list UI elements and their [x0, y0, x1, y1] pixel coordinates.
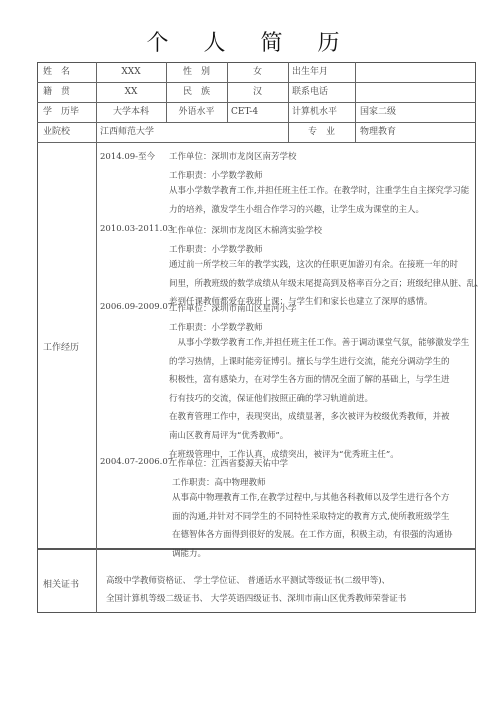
- description-line: 调能力。: [172, 545, 490, 564]
- description-line: 从事高中物理教育工作,在教学过程中,与其他各科教师以及学生进行各个方: [172, 489, 490, 508]
- phone-label: 联系电话: [292, 82, 328, 102]
- school-label: 业院校: [43, 122, 70, 142]
- work-period: 2006.09-2009.07: [100, 302, 173, 312]
- description-line: 在教育管理工作中，表现突出，成绩显著，多次被评为校级优秀教师，并被: [169, 408, 487, 427]
- work-period: 2014.09-至今: [100, 150, 155, 162]
- gender-label: 性 别: [166, 62, 227, 82]
- name-value: XXX: [96, 62, 166, 82]
- work-role: 工作职责：小学数学教师: [169, 243, 263, 255]
- description-line: 行有技巧的交流，保证他们按照正确的学习轨道前进。: [169, 390, 487, 409]
- gender-value: 女: [227, 62, 288, 82]
- work-unit: 工作单位：深圳市龙岗区南芳学校: [169, 150, 297, 162]
- language-label: 外语水平: [166, 102, 227, 122]
- description-line: 南山区教育局评为“优秀教师”。: [169, 427, 487, 446]
- divider: [37, 142, 476, 143]
- major-label: 专 业: [288, 122, 355, 142]
- work-role: 工作职责：小学数学教师: [169, 321, 263, 333]
- ethnicity-label: 民 族: [166, 82, 227, 102]
- computer-value: 国家二级: [360, 102, 396, 122]
- ethnicity-value: 汉: [227, 82, 288, 102]
- description-line: 间里，所教班级的数学成绩从年级末尾提高到及格率百分之百；班级纪律从脏、乱、: [169, 275, 487, 294]
- work-role: 工作职责：高中物理教师: [172, 476, 266, 488]
- description-line: 面的沟通,并针对不同学生的不同特性采取特定的教育方式,使所教班级学生: [172, 508, 490, 527]
- work-unit: 工作单位：深圳市龙岗区木棉湾实验学校: [169, 224, 322, 236]
- work-description: 从事高中物理教育工作,在教学过程中,与其他各科教师以及学生进行各个方 面的沟通,…: [172, 489, 490, 563]
- description-line: 积极性，富有感染力，在对学生各方面的情况全面了解的基础上，与学生进: [169, 371, 487, 390]
- work-unit: 工作单位：深圳市南山区星河小学: [169, 302, 297, 314]
- work-period: 2004.07-2006.07: [100, 457, 173, 467]
- birth-label: 出生年月: [292, 62, 328, 82]
- work-unit: 工作单位：江西省婺源天佑中学: [169, 457, 288, 469]
- certificates-label: 相关证书: [43, 575, 79, 595]
- computer-label: 计算机水平: [292, 102, 337, 122]
- origin-value: XX: [96, 82, 166, 102]
- description-line: 的学习热情，上课时能旁征博引。擅长与学生进行交流，能充分调动学生的: [169, 353, 487, 372]
- name-label: 姓 名: [43, 62, 70, 82]
- divider: [355, 62, 356, 142]
- education-value: 大学本科: [96, 102, 166, 122]
- education-label: 学 历毕: [43, 102, 79, 122]
- language-value: CET-4: [231, 102, 258, 122]
- divider: [96, 62, 97, 613]
- origin-label: 籍 贯: [43, 82, 70, 102]
- description-line: 在德智体各方面得到很好的发展。在工作方面，积极主动，有很强的沟通协: [172, 526, 490, 545]
- description-line: 力的培养，激发学生小组合作学习的兴趣，让学生成为课堂的主人。: [169, 201, 487, 220]
- description-line: 从事小学数学教育工作,并担任班主任工作。在教学时，注重学生自主探究学习能: [169, 182, 487, 201]
- page-title: 个 人 简 历: [0, 26, 500, 57]
- certificate-line: 高级中学教师资格证、 学士学位证、 普通话水平测试等级证书(二级甲等)、: [106, 572, 466, 590]
- certificate-line: 全国计算机等级二级证书、 大学英语四级证书、深圳市南山区优秀教师荣誉证书: [106, 590, 466, 608]
- description-line: 通过前一所学校三年的教学实践，这次的任职更加游刃有余。在接班一年的时: [169, 256, 487, 275]
- certificates-list: 高级中学教师资格证、 学士学位证、 普通话水平测试等级证书(二级甲等)、 全国计…: [106, 572, 466, 608]
- work-description: 从事小学数学教育工作,并担任班主任工作。善于调动课堂气氛，能够激发学生 的学习热…: [169, 334, 487, 464]
- work-role: 工作职责：小学数学教师: [169, 169, 263, 181]
- work-period: 2010.03-2011.03: [100, 224, 173, 234]
- major-value: 物理教育: [360, 122, 396, 142]
- work-description: 从事小学数学教育工作,并担任班主任工作。在教学时，注重学生自主探究学习能 力的培…: [169, 182, 487, 219]
- work-label: 工作经历: [43, 338, 79, 358]
- description-line: 从事小学数学教育工作,并担任班主任工作。善于调动课堂气氛，能够激发学生: [169, 334, 487, 353]
- school-value: 江西师范大学: [100, 122, 154, 142]
